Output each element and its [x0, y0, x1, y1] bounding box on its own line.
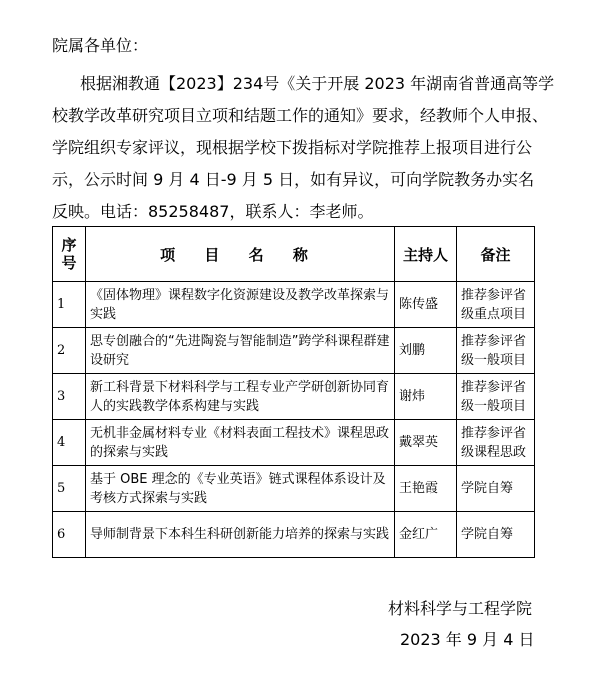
row-leader: 王艳霞 — [395, 466, 457, 512]
row-remark: 推荐参评省级一般项目 — [457, 374, 535, 420]
paragraph-line: 反映。电话：85258487，联系人：李老师。 — [52, 196, 552, 228]
row-no: 4 — [53, 420, 86, 466]
table-row: 4 无机非金属材料专业《材料表面工程技术》课程思政的探索与实践 戴翠英 推荐参评… — [53, 420, 535, 466]
row-remark: 推荐参评省级课程思政 — [457, 420, 535, 466]
row-no: 2 — [53, 328, 86, 374]
row-project-name: 思专创融合的“先进陶瓷与智能制造”跨学科课程群建设研究 — [86, 328, 395, 374]
table-row: 6 导师制背景下本科生科研创新能力培养的探索与实践 金红广 学院自筹 — [53, 512, 535, 558]
row-project-name: 无机非金属材料专业《材料表面工程技术》课程思政的探索与实践 — [86, 420, 395, 466]
paragraph-line: 学院组织专家评议，现根据学校下拨指标对学院推荐上报项目进行公 — [52, 132, 552, 164]
paragraph-line: 示，公示时间 9 月 4 日-9 月 5 日，如有异议，可向学院教务办实名 — [52, 164, 552, 196]
row-no: 6 — [53, 512, 86, 558]
row-leader: 刘鹏 — [395, 328, 457, 374]
row-leader: 谢炜 — [395, 374, 457, 420]
row-leader: 金红广 — [395, 512, 457, 558]
row-leader: 陈传盛 — [395, 282, 457, 328]
row-remark: 推荐参评省级一般项目 — [457, 328, 535, 374]
paragraph-line: 根据湘教通【2023】234号《关于开展 2023 年湖南省普通高等学 — [52, 68, 552, 100]
signature-date: 2023 年 9 月 4 日 — [400, 627, 535, 650]
table-row: 3 新工科背景下材料科学与工程专业产学研创新协同育人的实践教学体系构建与实践 谢… — [53, 374, 535, 420]
row-leader: 戴翠英 — [395, 420, 457, 466]
table-row: 2 思专创融合的“先进陶瓷与智能制造”跨学科课程群建设研究 刘鹏 推荐参评省级一… — [53, 328, 535, 374]
paragraph-line: 校教学改革研究项目立项和结题工作的通知》要求，经教师个人申报、 — [52, 100, 552, 132]
header-leader: 主持人 — [395, 227, 457, 282]
row-project-name: 基于 OBE 理念的《专业英语》链式课程体系设计及考核方式探索与实践 — [86, 466, 395, 512]
table-header-row: 序 号 项 目 名 称 主持人 备注 — [53, 227, 535, 282]
projects-table: 序 号 项 目 名 称 主持人 备注 1 《固体物理》课程数字化资源建设及教学改… — [52, 226, 535, 558]
row-remark: 推荐参评省级重点项目 — [457, 282, 535, 328]
row-project-name: 新工科背景下材料科学与工程专业产学研创新协同育人的实践教学体系构建与实践 — [86, 374, 395, 420]
table-row: 1 《固体物理》课程数字化资源建设及教学改革探索与实践 陈传盛 推荐参评省级重点… — [53, 282, 535, 328]
row-no: 3 — [53, 374, 86, 420]
signature-organization: 材料科学与工程学院 — [388, 596, 532, 619]
row-project-name: 导师制背景下本科生科研创新能力培养的探索与实践 — [86, 512, 395, 558]
header-no-line2: 号 — [61, 254, 76, 272]
header-remark: 备注 — [457, 227, 535, 282]
greeting: 院属各单位： — [52, 36, 148, 56]
row-remark: 学院自筹 — [457, 466, 535, 512]
row-remark: 学院自筹 — [457, 512, 535, 558]
notice-paragraph: 根据湘教通【2023】234号《关于开展 2023 年湖南省普通高等学 校教学改… — [52, 68, 552, 228]
header-no-line1: 序 — [61, 236, 76, 254]
header-name: 项 目 名 称 — [86, 227, 395, 282]
row-no: 5 — [53, 466, 86, 512]
table-row: 5 基于 OBE 理念的《专业英语》链式课程体系设计及考核方式探索与实践 王艳霞… — [53, 466, 535, 512]
row-project-name: 《固体物理》课程数字化资源建设及教学改革探索与实践 — [86, 282, 395, 328]
header-no: 序 号 — [53, 227, 86, 282]
row-no: 1 — [53, 282, 86, 328]
